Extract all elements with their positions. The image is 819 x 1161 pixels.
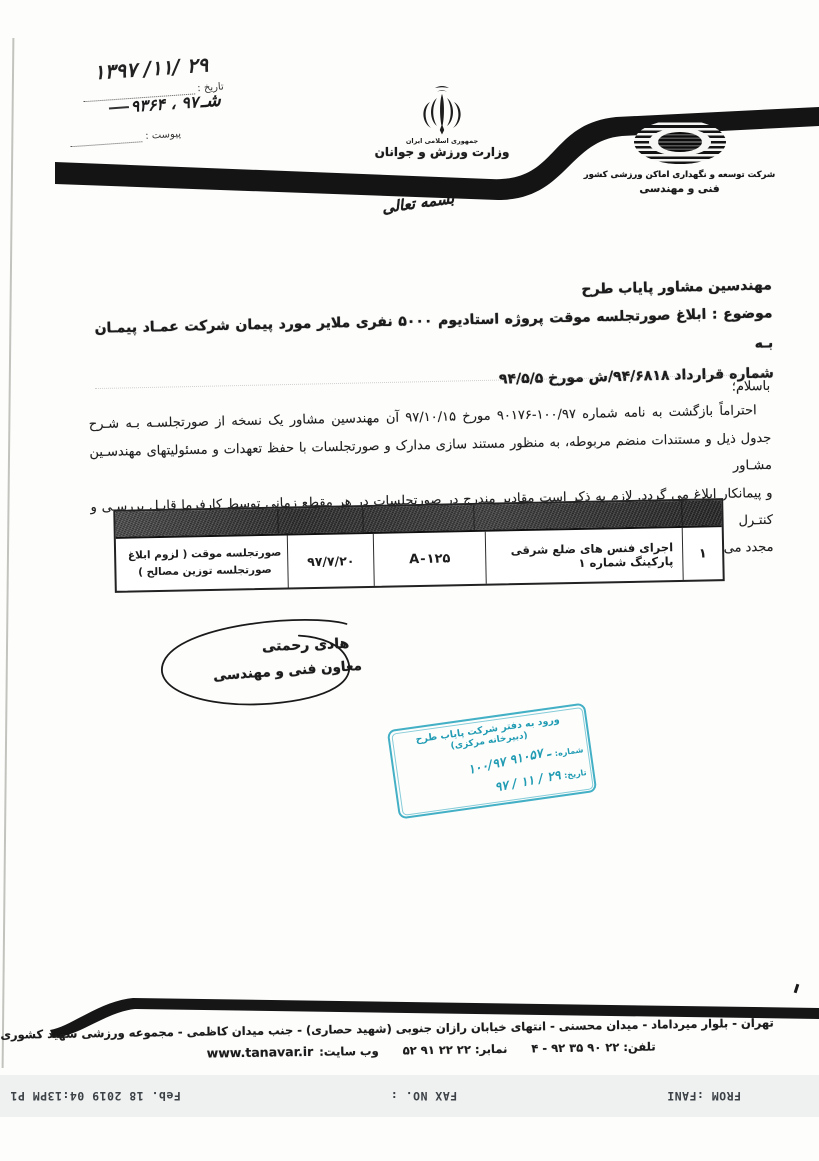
website-group: وب سایت: www.tanavar.ir — [207, 1043, 379, 1061]
fax-number: نمابر: ۲۲ ۲۲ ۹۱ ۵۲ — [403, 1042, 508, 1058]
iran-emblem-icon — [420, 84, 464, 136]
stamp-number-label: شماره: — [554, 745, 584, 758]
header-cell — [277, 507, 363, 534]
logo-core — [658, 132, 702, 152]
description-cell: اجرای فنس های ضلع شرقی پارکینگ شماره ۱ — [485, 528, 683, 584]
entry-stamp: ورود به دفتر شرکت پایاب طرح (دبیرخانه مر… — [387, 703, 598, 820]
dotted-line — [70, 132, 143, 147]
letterhead-reference-fields: ۱۳۹۷ /۱۱/ ۲۹ تاریخ : شـ ۹۳۶۴ ، ۹۷ پیوست … — [32, 55, 228, 160]
attachment-label: پیوست : — [145, 129, 181, 142]
remarks-line: صورتجلسه توزین مصالح ) — [138, 562, 272, 582]
phone-number: تلفن: ۲۲ ۹۰ ۳۵ ۹۲ - ۴ — [531, 1039, 656, 1055]
contact-line: تلفن: ۲۲ ۹۰ ۳۵ ۹۲ - ۴ نمابر: ۲۲ ۲۲ ۹۱ ۵۲… — [88, 1037, 774, 1063]
minutes-table: ۱ اجرای فنس های ضلع شرقی پارکینگ شماره ۱… — [113, 498, 724, 593]
ministry-header: جمهوری اسلامی ایران وزارت ورزش و جوانان — [352, 84, 532, 159]
republic-title: جمهوری اسلامی ایران — [352, 137, 532, 145]
signature-block: هادی رحمتی معاون فنی و مهندسی — [146, 613, 429, 725]
stamp-date-row: تاریخ: ۹۷ / ۱۱ / ۲۹ — [493, 765, 588, 793]
footer-contact-block: تهران - بلوار میرداماد - میدان محسنی - ا… — [88, 1016, 774, 1063]
ministry-title: وزارت ورزش و جوانان — [352, 145, 532, 159]
attachment-field: پیوست : — [70, 129, 181, 148]
table-row: ۱ اجرای فنس های ضلع شرقی پارکینگ شماره ۱… — [116, 527, 723, 591]
company-dept: فنی و مهندسی — [577, 183, 782, 195]
company-name: شرکت توسعه و نگهداری اماکن ورزشی کشور — [577, 170, 782, 180]
date-cell: ۹۷/۷/۲۰ — [287, 534, 374, 588]
handwritten-date: ۱۳۹۷ /۱۱/ ۲۹ — [93, 52, 209, 84]
besmele-calligraphy: بسمه تعالی — [362, 186, 473, 219]
number-value: ۹۳۶۴ ، ۹۷ — [130, 92, 199, 116]
pen-dash — [109, 106, 129, 109]
company-logo-icon — [634, 120, 726, 164]
header-cell — [115, 509, 277, 537]
number-prefix: شـ — [200, 90, 222, 112]
row-index-cell: ۱ — [682, 527, 723, 580]
fax-datetime: Feb. 18 2019 04:13PM P1 — [10, 1089, 181, 1103]
header-cell — [474, 501, 682, 530]
website-url: www.tanavar.ir — [207, 1044, 314, 1061]
header-cell — [363, 505, 474, 532]
fax-strip-text: FROM :FANI FAX NO. : Feb. 18 2019 04:13P… — [0, 1075, 819, 1117]
remarks-cell: صورتجلسه موقت ( لزوم ابلاغ صورتجلسه توزی… — [122, 536, 288, 591]
stamp-date-label: تاریخ: — [564, 768, 588, 780]
address-line: تهران - بلوار میرداماد - میدان محسنی - ا… — [88, 1016, 774, 1041]
header-cell — [681, 500, 722, 526]
scan-edge-artifact — [2, 38, 15, 1068]
scanned-letter-page: ۱۳۹۷ /۱۱/ ۲۹ تاریخ : شـ ۹۳۶۴ ، ۹۷ پیوست … — [0, 0, 819, 1161]
signer-name: هادی رحمتی — [262, 636, 350, 655]
stamp-title: ورود به دفتر شرکت پایاب طرح — [390, 711, 586, 749]
scan-speck — [794, 984, 800, 993]
website-label: وب سایت: — [319, 1044, 379, 1059]
stamp-date-handwritten: ۹۷ / ۱۱ / ۲۹ — [493, 767, 561, 794]
minutes-number-cell: A-۱۲۵ — [373, 532, 486, 586]
fax-number-label: FAX NO. : — [390, 1089, 457, 1103]
fax-transmission-strip: FROM :FANI FAX NO. : Feb. 18 2019 04:13P… — [0, 1075, 819, 1117]
company-header: شرکت توسعه و نگهداری اماکن ورزشی کشور فن… — [577, 120, 782, 195]
fax-from: FROM :FANI — [667, 1089, 741, 1103]
